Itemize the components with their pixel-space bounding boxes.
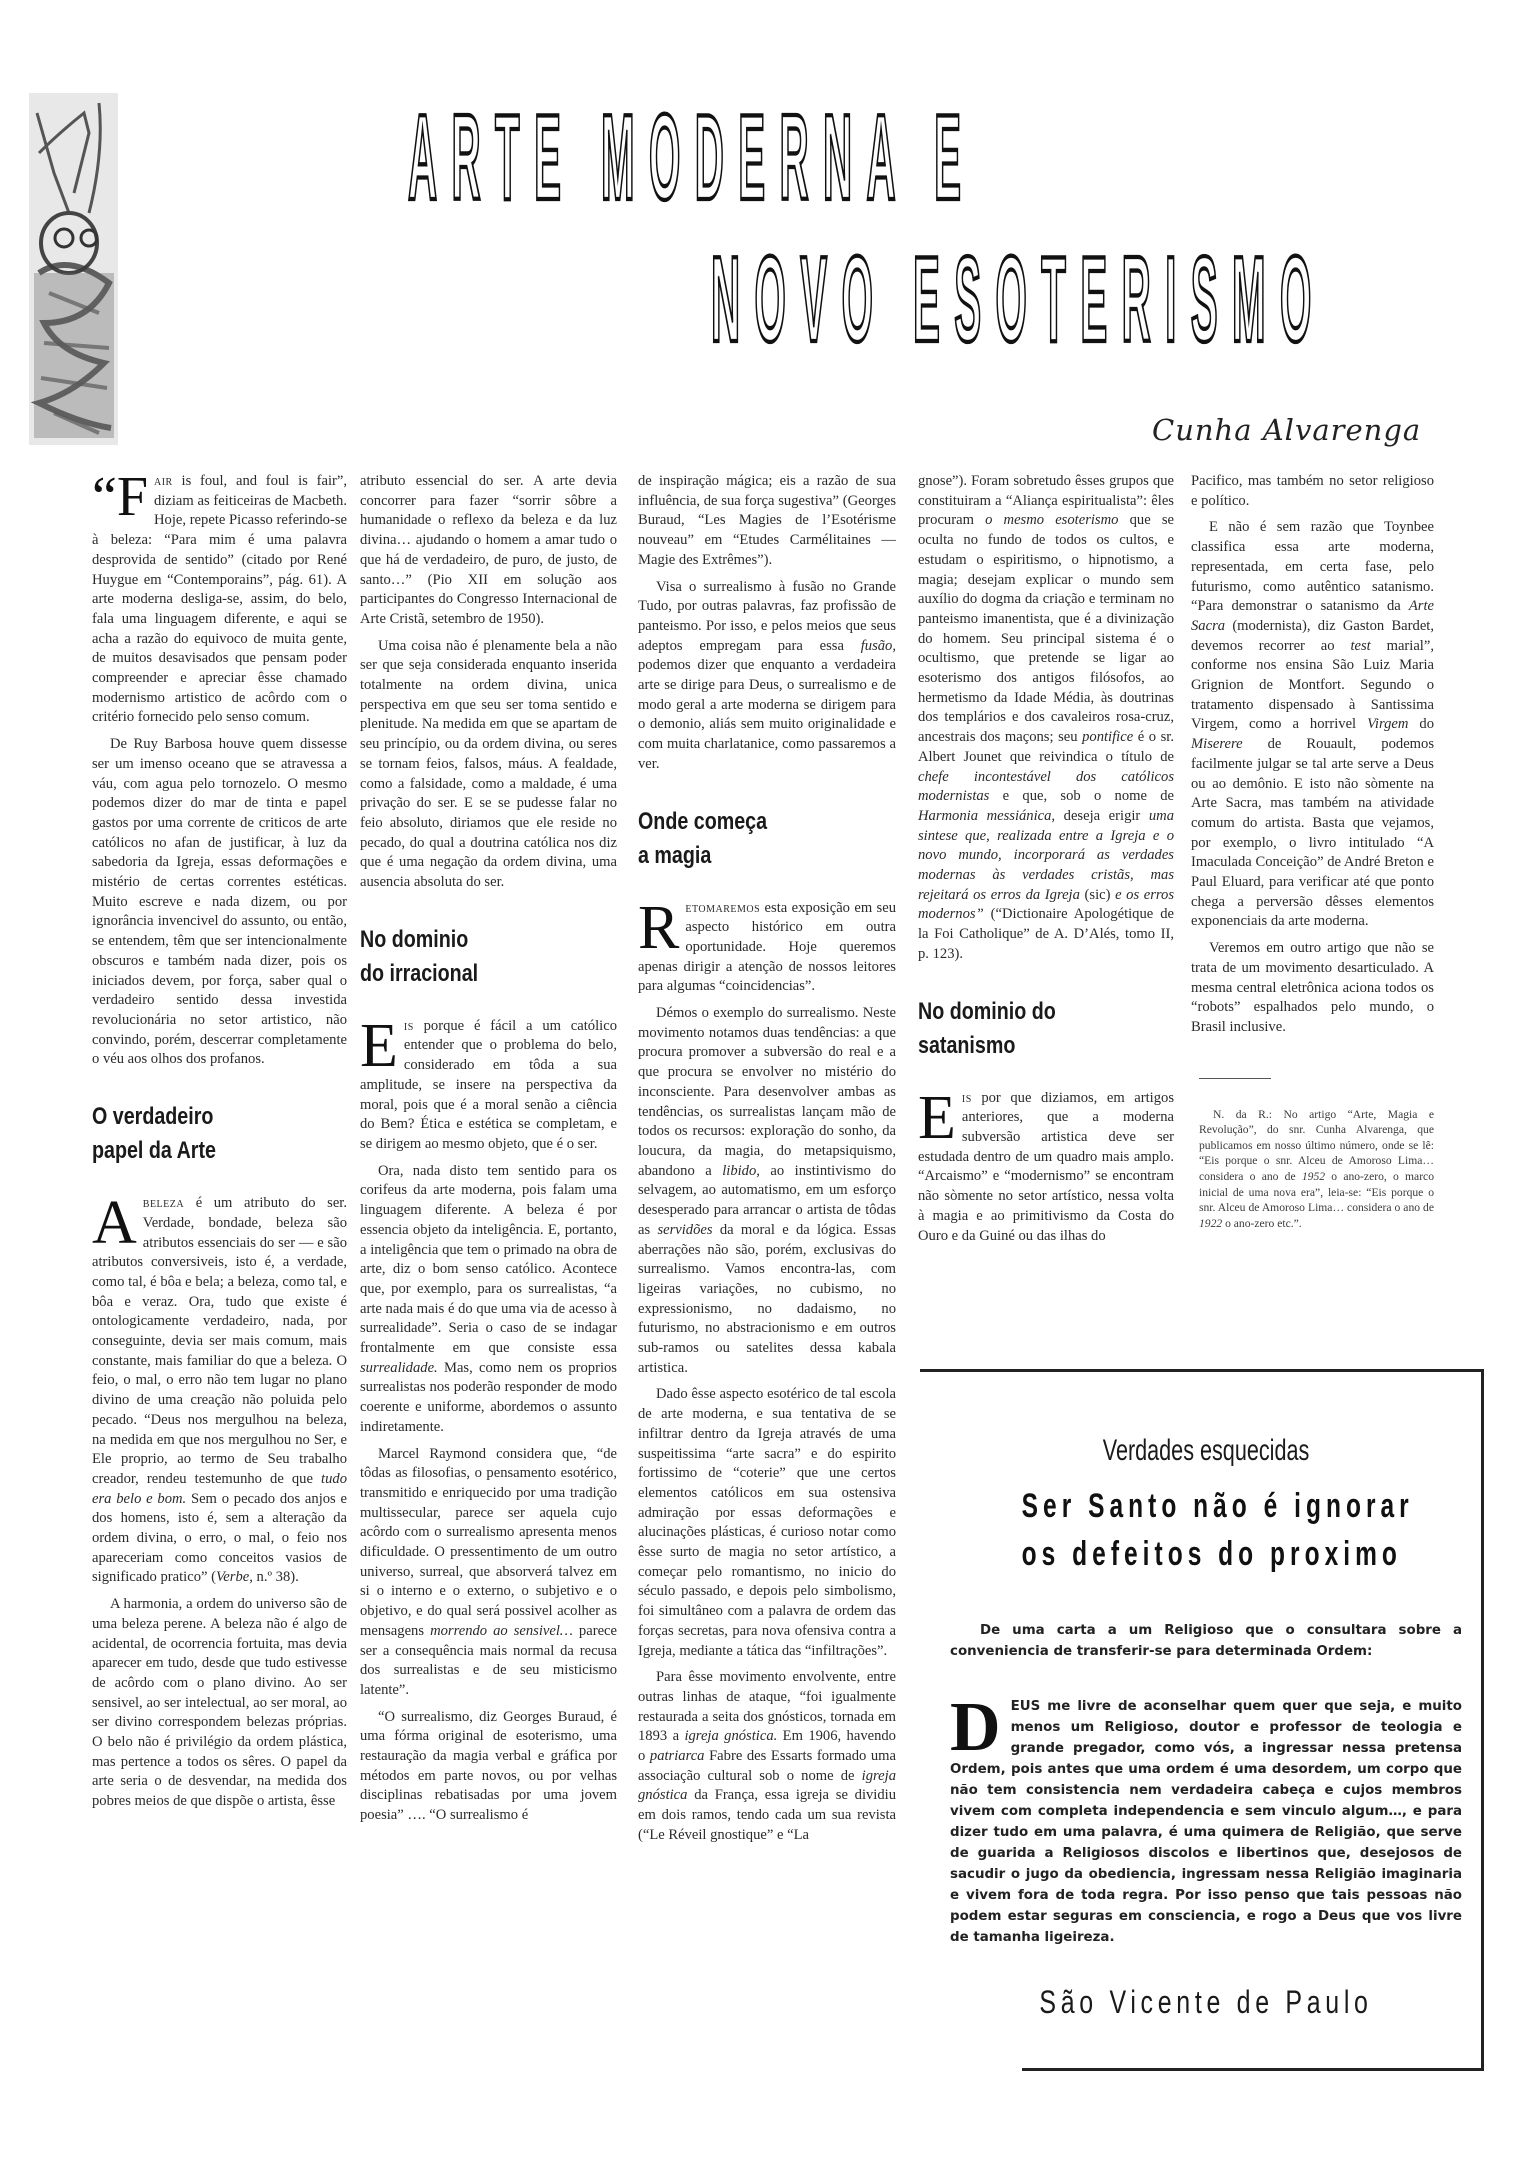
paragraph: Uma coisa não é plenamente bela a não se… — [360, 637, 617, 893]
article-title-line-1: Arte moderna e — [408, 96, 975, 218]
inset-signature: São Vicente de Paulo — [1006, 1984, 1405, 2021]
article-title-line-2: novo esoterismo — [711, 238, 1326, 360]
drop-cap: E — [360, 1021, 398, 1071]
paragraph: De Ruy Barbosa houve quem dissesse ser u… — [92, 735, 347, 1070]
inset-box: Verdades esquecidas Ser Santo não é igno… — [950, 1430, 1462, 2021]
inset-kicker: Verdades esquecidas — [1022, 1434, 1391, 1468]
section-heading: Onde começaa magia — [638, 805, 850, 873]
paragraph: Para êsse movimento envolvente, entre ou… — [638, 1668, 896, 1845]
inset-border-right — [1481, 1369, 1484, 2069]
paragraph: gnose”). Foram sobretudo êsses grupos qu… — [918, 472, 1174, 965]
drop-cap: “F — [92, 474, 148, 520]
section-heading: No dominiodo irracional — [360, 923, 571, 991]
drop-cap: A — [92, 1198, 137, 1248]
paragraph: Démos o exemplo do surrealismo. Neste mo… — [638, 1004, 896, 1378]
magazine-page: Arte moderna e novo esoterismo Cunha Alv… — [0, 0, 1536, 2173]
drawing-icon — [29, 93, 118, 445]
paragraph: Retomaremos esta exposição em seu aspect… — [638, 899, 896, 998]
paragraph: Abeleza é um atributo do ser. Verdade, b… — [92, 1194, 347, 1588]
abstract-drawing-image — [29, 93, 118, 445]
inset-border-bottom — [1022, 2068, 1484, 2071]
inset-intro: De uma carta a um Religioso que o consul… — [950, 1620, 1462, 1662]
article-column-4: gnose”). Foram sobretudo êsses grupos qu… — [918, 472, 1174, 1253]
footnote-divider — [1199, 1078, 1271, 1079]
paragraph: Eis por que diziamos, em artigos anterio… — [918, 1089, 1174, 1247]
paragraph: E não é sem razão que Toynbee classifica… — [1191, 518, 1434, 932]
paragraph: Dado êsse aspecto esotérico de tal escol… — [638, 1385, 896, 1661]
author-byline: Cunha Alvarenga — [1152, 413, 1421, 447]
article-column-2: atributo essencial do ser. A arte devia … — [360, 472, 617, 1833]
drop-cap: E — [918, 1093, 956, 1143]
drop-cap: R — [638, 903, 679, 953]
article-column-1: “Fair is foul, and foul is fair”, diziam… — [92, 472, 347, 1819]
paragraph: Pacifico, mas também no setor religioso … — [1191, 472, 1434, 511]
paragraph: Ora, nada disto tem sentido para os cori… — [360, 1162, 617, 1438]
paragraph: “Fair is foul, and foul is fair”, diziam… — [92, 472, 347, 728]
paragraph: Veremos em outro artigo que não se trata… — [1191, 939, 1434, 1038]
section-heading: No dominio dosatanismo — [918, 995, 1128, 1063]
paragraph: atributo essencial do ser. A arte devia … — [360, 472, 617, 630]
editor-note: N. da R.: No artigo “Arte, Magia e Revol… — [1199, 1107, 1434, 1232]
paragraph: Visa o surrealismo à fusão no Grande Tud… — [638, 578, 896, 775]
inset-title: Ser Santo não é ignorar os defeitos do p… — [1022, 1482, 1391, 1578]
paragraph: A harmonia, a ordem do universo são de u… — [92, 1595, 347, 1812]
article-column-3: de inspiração mágica; eis a razão de sua… — [638, 472, 896, 1853]
inset-body: DEUS me livre de aconselhar quem quer qu… — [950, 1696, 1462, 1948]
drop-cap: D — [950, 1700, 1001, 1756]
section-heading: O verdadeiropapel da Arte — [92, 1100, 301, 1168]
paragraph: Marcel Raymond considera que, “de tôdas … — [360, 1445, 617, 1701]
inset-border-top — [920, 1369, 1484, 1372]
paragraph: de inspiração mágica; eis a razão de sua… — [638, 472, 896, 571]
article-column-5: Pacifico, mas também no setor religioso … — [1191, 472, 1434, 1231]
paragraph: “O surrealismo, diz Georges Buraud, é um… — [360, 1708, 617, 1826]
paragraph: Eis porque é fácil a um católico entende… — [360, 1017, 617, 1155]
